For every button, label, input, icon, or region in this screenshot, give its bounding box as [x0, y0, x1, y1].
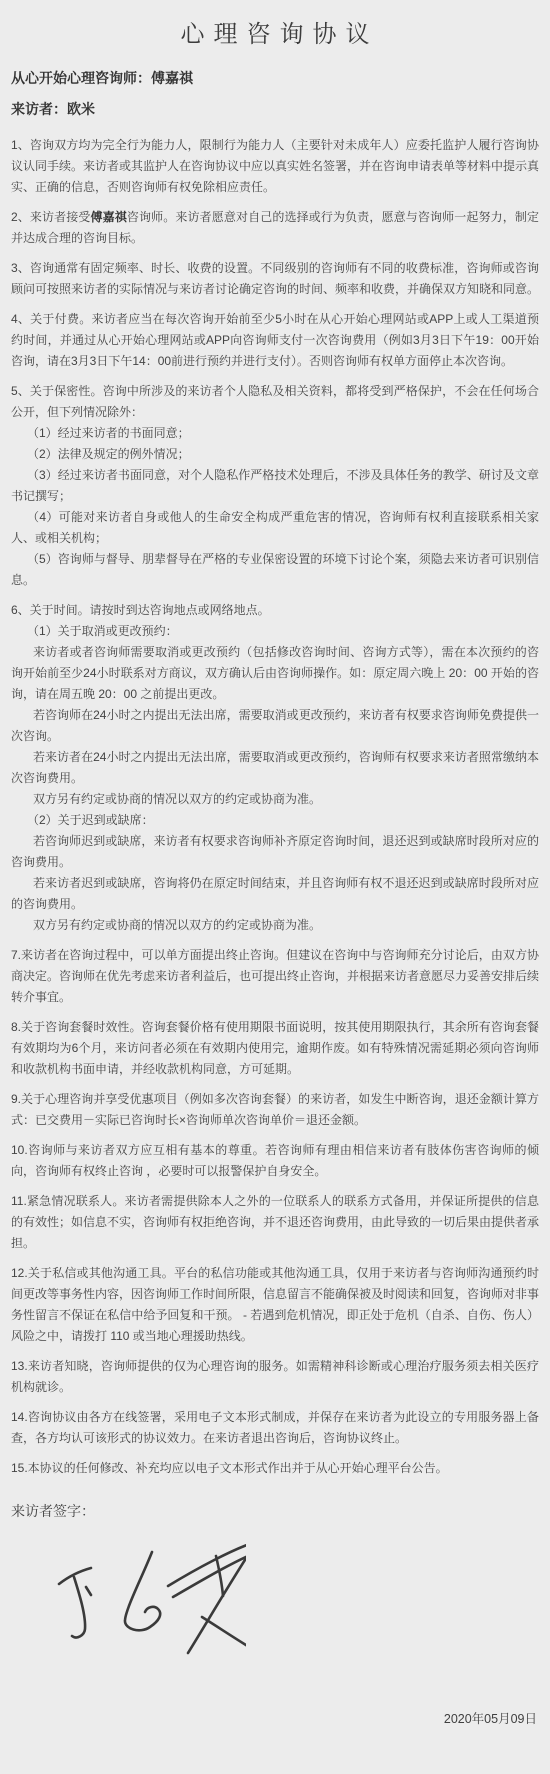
- clause-paragraph: 11.紧急情况联系人。来访者需提供除本人之外的一位联系人的联系方式备用，并保证所…: [11, 1191, 539, 1254]
- clause-paragraph: （3）经过来访者书面同意，对个人隐私作严格技术处理后，不涉及具体任务的教学、研讨…: [11, 465, 539, 507]
- clause-paragraph: 15.本协议的任何修改、补充均应以电子文本形式作出并于从心开始心理平台公告。: [11, 1458, 539, 1479]
- clause-paragraph: 10.咨询师与来访者双方应互相有基本的尊重。若咨询师有理由相信来访者有肢体伤害咨…: [11, 1140, 539, 1182]
- clause-paragraph: 3、咨询通常有固定频率、时长、收费的设置。不同级别的咨询师有不同的收费标准，咨询…: [11, 258, 539, 300]
- page-title: 心理咨询协议: [11, 14, 539, 49]
- clause: 12.关于私信或其他沟通工具。平台的私信功能或其他沟通工具，仅用于来访者与咨询师…: [11, 1263, 539, 1347]
- clause: 8.关于咨询套餐时效性。咨询套餐价格有使用期限书面说明，按其使用期限执行，其余所…: [11, 1017, 539, 1080]
- clause-paragraph: 4、关于付费。来访者应当在每次咨询开始前至少5小时在从心开始心理网站或APP上或…: [11, 309, 539, 372]
- clause-paragraph: 14.咨询协议由各方在线签署，采用电子文本形式制成，并保存在来访者为此设立的专用…: [11, 1407, 539, 1449]
- clause-paragraph: 13.来访者知晓，咨询师提供的仅为心理咨询的服务。如需精神科诊断或心理治疗服务须…: [11, 1356, 539, 1398]
- clause-paragraph: （1）关于取消或更改预约：: [11, 621, 539, 642]
- clause-paragraph: 5、关于保密性。咨询中所涉及的来访者个人隐私及相关资料，都将受到严格保护，不会在…: [11, 381, 539, 423]
- clause-paragraph: （2）关于迟到或缺席：: [11, 810, 539, 831]
- clause-list: 1、咨询双方均为完全行为能力人，限制行为能力人（主要针对未成年人）应委托监护人履…: [11, 135, 539, 1479]
- signature-drawing: 欧米: [46, 1531, 246, 1669]
- clause-paragraph: 1、咨询双方均为完全行为能力人，限制行为能力人（主要针对未成年人）应委托监护人履…: [11, 135, 539, 198]
- clause: 7.来访者在咨询过程中，可以单方面提出终止咨询。但建议在咨询中与咨询师充分讨论后…: [11, 945, 539, 1008]
- clause: 1、咨询双方均为完全行为能力人，限制行为能力人（主要针对未成年人）应委托监护人履…: [11, 135, 539, 198]
- clause-paragraph: 来访者或者咨询师需要取消或更改预约（包括修改咨询时间、咨询方式等），需在本次预约…: [11, 642, 539, 705]
- clause: 15.本协议的任何修改、补充均应以电子文本形式作出并于从心开始心理平台公告。: [11, 1458, 539, 1479]
- clause-paragraph: 双方另有约定或协商的情况以双方的约定或协商为准。: [11, 915, 539, 936]
- agreement-document: 心理咨询协议 从心开始心理咨询师：傅嘉祺 来访者：欧米 1、咨询双方均为完全行为…: [0, 0, 550, 1774]
- clause: 2、来访者接受傅嘉祺咨询师。来访者愿意对自己的选择或行为负责，愿意与咨询师一起努…: [11, 207, 539, 249]
- clause: 11.紧急情况联系人。来访者需提供除本人之外的一位联系人的联系方式备用，并保证所…: [11, 1191, 539, 1254]
- clause-paragraph: 12.关于私信或其他沟通工具。平台的私信功能或其他沟通工具，仅用于来访者与咨询师…: [11, 1263, 539, 1347]
- clause-paragraph: 若咨询师在24小时之内提出无法出席，需要取消或更改预约，来访者有权要求咨询师免费…: [11, 705, 539, 747]
- clause-paragraph: （1）经过来访者的书面同意；: [11, 423, 539, 444]
- clause-paragraph: （2）法律及规定的例外情况；: [11, 444, 539, 465]
- clause-paragraph: （5）咨询师与督导、朋辈督导在严格的专业保密设置的环境下讨论个案，须隐去来访者可…: [11, 549, 539, 591]
- clause: 6、关于时间。请按时到达咨询地点或网络地点。（1）关于取消或更改预约：来访者或者…: [11, 600, 539, 936]
- clause: 4、关于付费。来访者应当在每次咨询开始前至少5小时在从心开始心理网站或APP上或…: [11, 309, 539, 372]
- clause: 3、咨询通常有固定频率、时长、收费的设置。不同级别的咨询师有不同的收费标准，咨询…: [11, 258, 539, 300]
- visitor-signature: 欧米: [46, 1531, 539, 1671]
- clause: 13.来访者知晓，咨询师提供的仅为心理咨询的服务。如需精神科诊断或心理治疗服务须…: [11, 1356, 539, 1398]
- clause: 9.关于心理咨询并享受优惠项目（例如多次咨询套餐）的来访者，如发生中断咨询，退还…: [11, 1089, 539, 1131]
- clause: 5、关于保密性。咨询中所涉及的来访者个人隐私及相关资料，都将受到严格保护，不会在…: [11, 381, 539, 591]
- clause-paragraph: 若来访者迟到或缺席，咨询将仍在原定时间结束，并且咨询师有权不退还迟到或缺席时段所…: [11, 873, 539, 915]
- clause-paragraph: （4）可能对来访者自身或他人的生命安全构成严重危害的情况，咨询师有权利直接联系相…: [11, 507, 539, 549]
- clause-paragraph: 7.来访者在咨询过程中，可以单方面提出终止咨询。但建议在咨询中与咨询师充分讨论后…: [11, 945, 539, 1008]
- clause-paragraph: 2、来访者接受傅嘉祺咨询师。来访者愿意对自己的选择或行为负责，愿意与咨询师一起努…: [11, 207, 539, 249]
- clause-paragraph: 6、关于时间。请按时到达咨询地点或网络地点。: [11, 600, 539, 621]
- clause-paragraph: 若来访者在24小时之内提出无法出席，需要取消或更改预约，咨询师有权要求来访者照常…: [11, 747, 539, 789]
- visitor-signature-label: 来访者签字：: [11, 1501, 539, 1521]
- clause: 14.咨询协议由各方在线签署，采用电子文本形式制成，并保存在来访者为此设立的专用…: [11, 1407, 539, 1449]
- clause-paragraph: 若咨询师迟到或缺席，来访者有权要求咨询师补齐原定咨询时间，退还迟到或缺席时段所对…: [11, 831, 539, 873]
- clause: 10.咨询师与来访者双方应互相有基本的尊重。若咨询师有理由相信来访者有肢体伤害咨…: [11, 1140, 539, 1182]
- clause-paragraph: 8.关于咨询套餐时效性。咨询套餐价格有使用期限书面说明，按其使用期限执行，其余所…: [11, 1017, 539, 1080]
- visitor-line: 来访者：欧米: [11, 100, 539, 118]
- signing-date: 2020年05月09日: [11, 1709, 537, 1727]
- clause-paragraph: 9.关于心理咨询并享受优惠项目（例如多次咨询套餐）的来访者，如发生中断咨询，退还…: [11, 1089, 539, 1131]
- counselor-line: 从心开始心理咨询师：傅嘉祺: [11, 69, 539, 87]
- clause-paragraph: 双方另有约定或协商的情况以双方的约定或协商为准。: [11, 789, 539, 810]
